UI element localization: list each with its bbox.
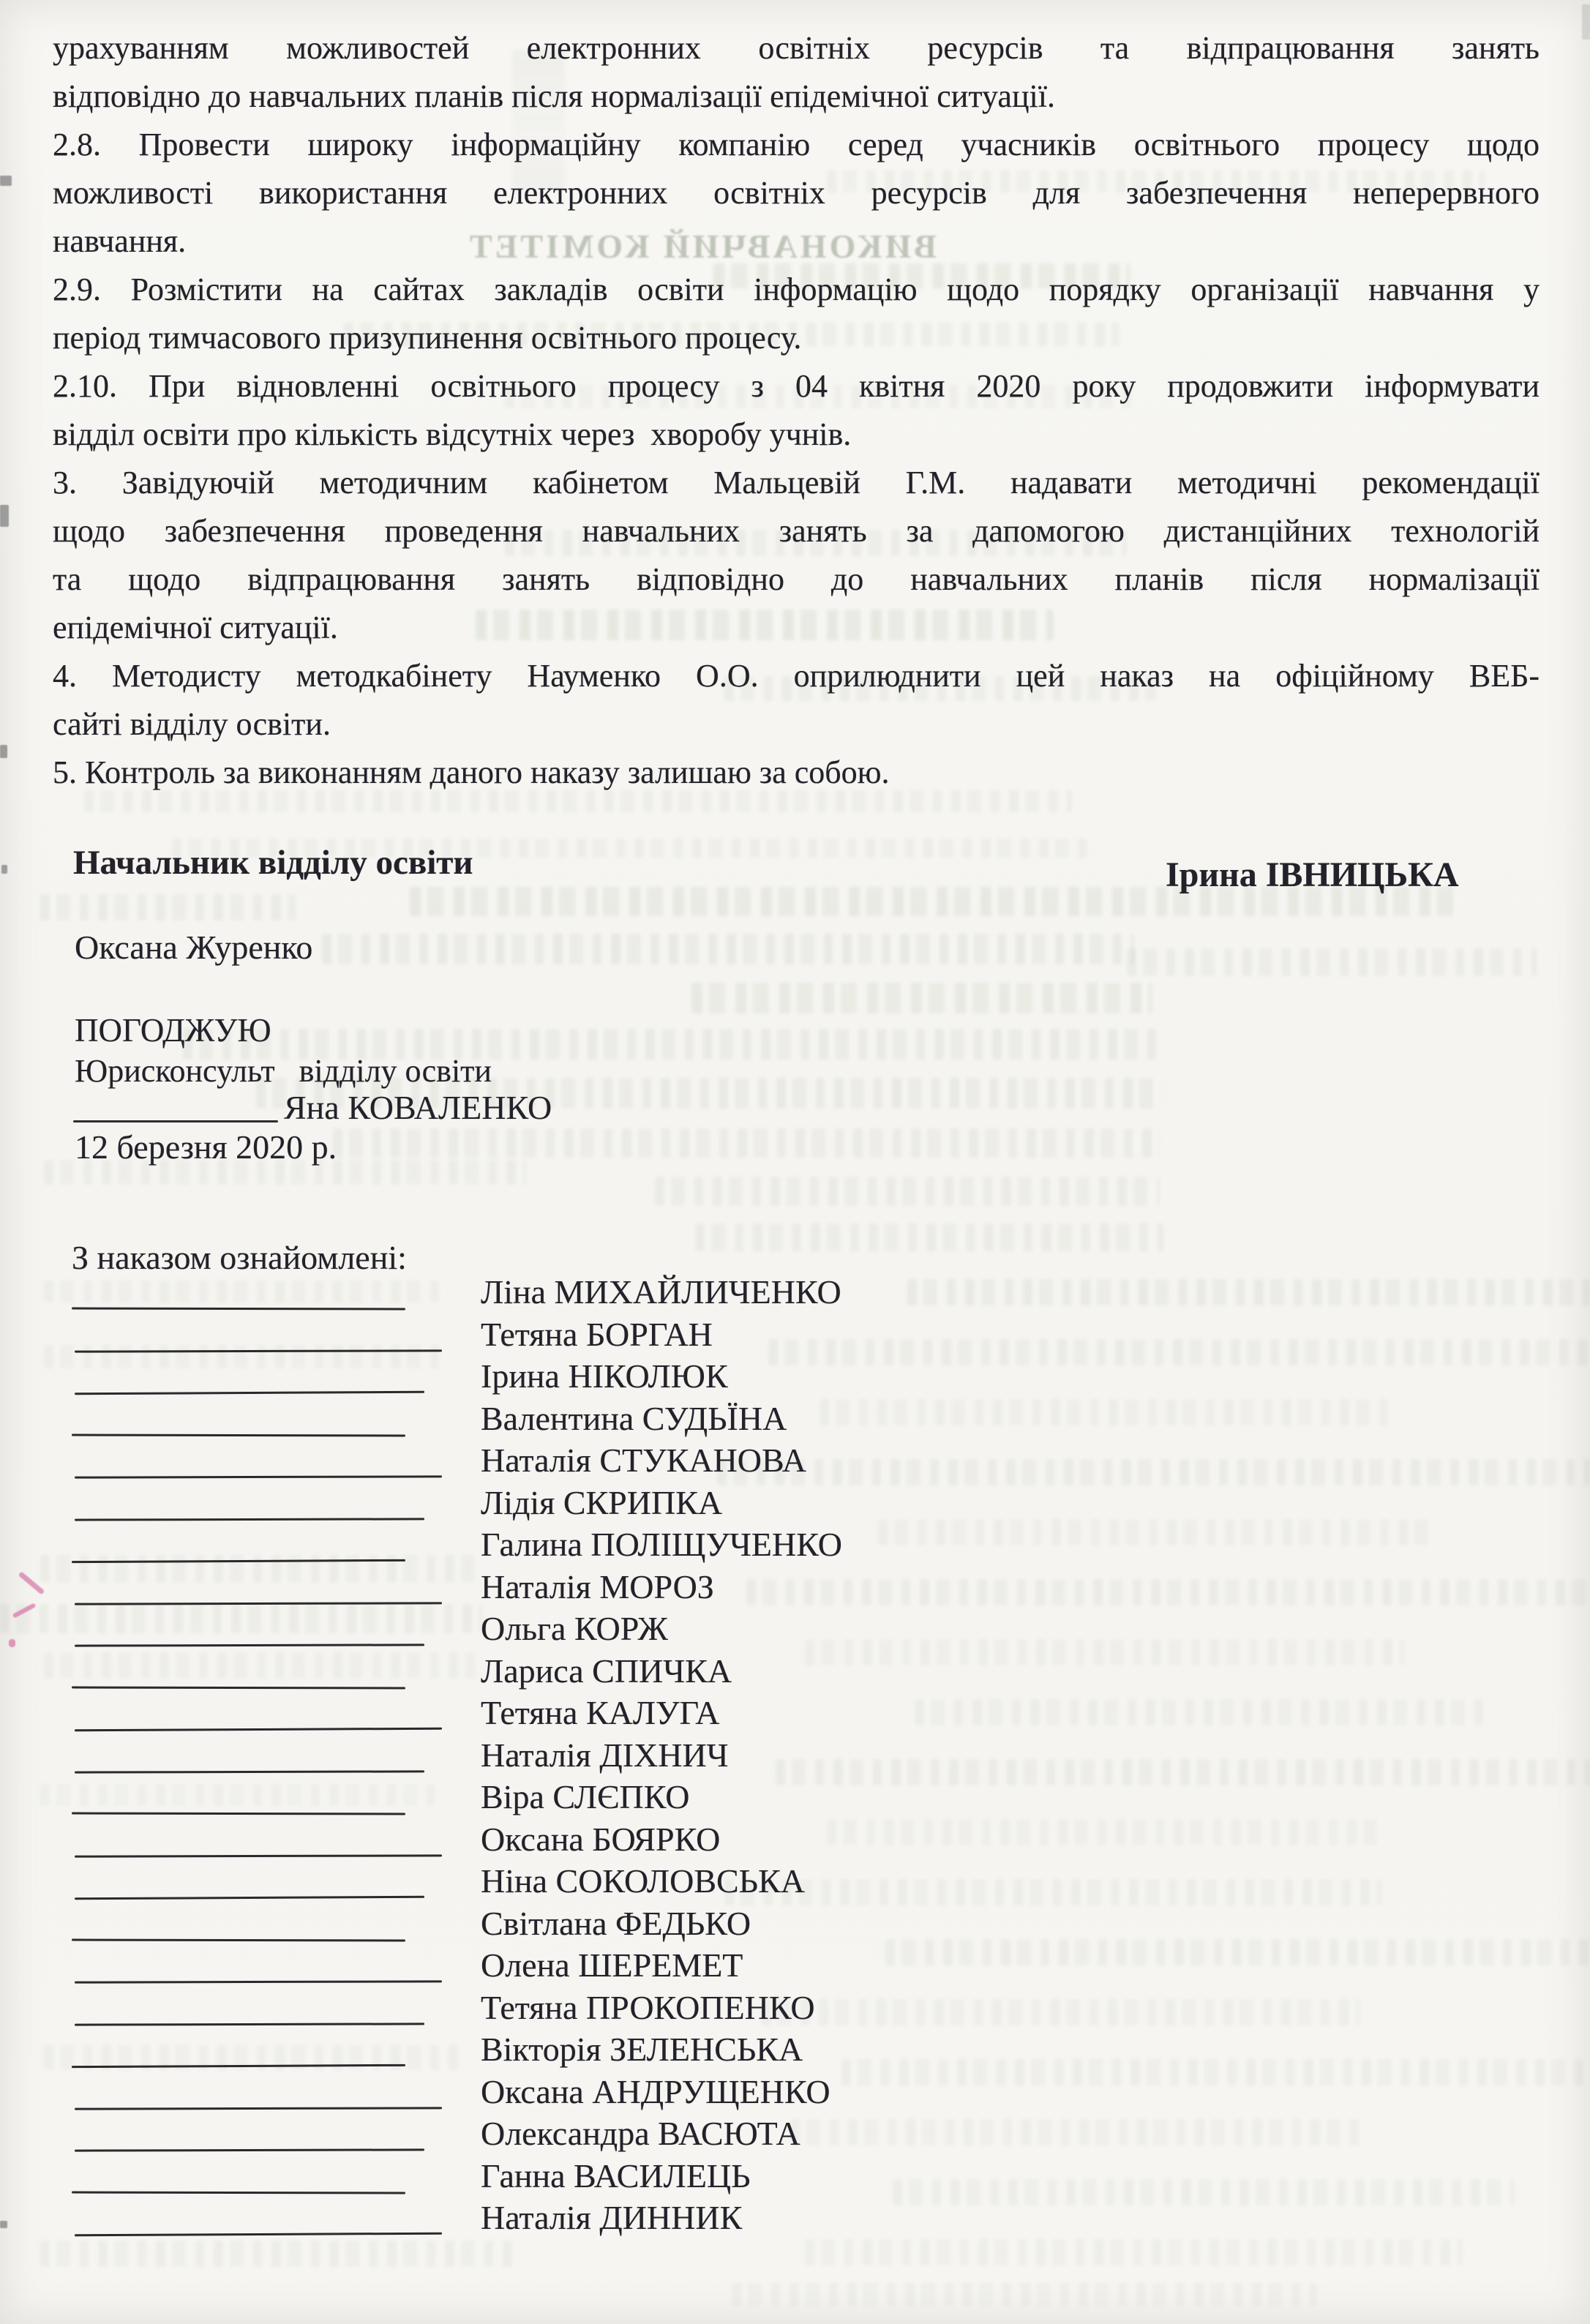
scan-edge-mark [0, 505, 9, 527]
ack-name: Ганна ВАСИЛЕЦЬ [481, 2155, 751, 2197]
signature-line [75, 1896, 424, 1900]
ack-name: Оксана АНДРУЩЕНКО [481, 2071, 830, 2113]
signature-line [75, 1349, 442, 1352]
ack-row: Лідія СКРИПКА [53, 1482, 1194, 1524]
body-line-10: 3. Завідуючій методичним кабінетом Мальц… [53, 459, 1540, 507]
ack-row: Валентина СУДЬЇНА [53, 1398, 1194, 1440]
ack-name: Віра СЛЄПКО [481, 1776, 689, 1818]
signature-line [72, 1308, 405, 1311]
body-line-6: 2.9. Розмістити на сайтах закладів освіт… [53, 266, 1540, 314]
bleedthrough-smudge [732, 2283, 1317, 2306]
ack-row: Наталія ДИННИК [53, 2197, 1194, 2239]
ack-name: Наталія МОРОЗ [481, 1566, 714, 1608]
ack-row: Олександра ВАСЮТА [53, 2113, 1194, 2155]
agreement-date: 12 березня 2020 р. [75, 1128, 337, 1166]
signature-line [72, 2191, 405, 2194]
acknowledgement-list: Ліна МИХАЙЛИЧЕНКО Тетяна БОРГАН Ірина НІ… [53, 1271, 1194, 2239]
ack-row: Віра СЛЄПКО [53, 1776, 1194, 1818]
body-line-13: епідемічної ситуації. [53, 604, 1540, 652]
signature-line [72, 1938, 405, 1941]
ack-row: Тетяна КАЛУГА [53, 1692, 1194, 1734]
body-line-11: щодо забезпечення проведення навчальних … [53, 507, 1540, 555]
scanned-document-page: ВИКОНАВЧИЙ КОМІТЕТ [0, 0, 1590, 2324]
ack-name: Лариса СПИЧКА [481, 1650, 732, 1693]
signature-line [72, 1813, 405, 1815]
scan-edge-mark [0, 745, 7, 758]
body-line-15: сайті відділу освіти. [53, 700, 1540, 749]
ack-row: Тетяна ПРОКОПЕНКО [53, 1987, 1194, 2029]
signature-line [75, 2148, 424, 2151]
signature-line [75, 1854, 442, 1857]
body-line-1: урахуванням можливостей електронних осві… [53, 24, 1540, 72]
signature-line [75, 1980, 442, 1983]
scan-edge-mark [1, 865, 7, 874]
bleedthrough-smudge [691, 983, 1152, 1013]
ack-row: Лариса СПИЧКА [53, 1650, 1194, 1693]
ack-name: Ніна СОКОЛОВСЬКА [481, 1860, 805, 1903]
agreement-label: ПОГОДЖУЮ [75, 1011, 271, 1049]
signature-line [75, 2023, 424, 2025]
body-line-14: 4. Методисту методкабінету Науменко О.О.… [53, 652, 1540, 700]
bleedthrough-smudge [40, 2241, 516, 2267]
body-line-9: відділ освіти про кількість відсутніх че… [53, 411, 1540, 459]
signature-line [75, 1475, 442, 1478]
signature-line [72, 1433, 405, 1436]
ack-name: Оксана БОЯРКО [481, 1818, 720, 1861]
ack-row: Наталія СТУКАНОВА [53, 1439, 1194, 1482]
bleedthrough-smudge [695, 1223, 1163, 1251]
bleedthrough-smudge [805, 2239, 1463, 2265]
ack-row: Галина ПОЛІЩУЧЕНКО [53, 1523, 1194, 1566]
ack-row: Ірина НІКОЛЮК [53, 1355, 1194, 1398]
bleedthrough-smudge [333, 1128, 1160, 1158]
signature-line [72, 2064, 405, 2068]
signature-line [75, 2233, 442, 2237]
ack-row: Вікторія ЗЕЛЕНСЬКА [53, 2028, 1194, 2071]
signature-line [72, 1559, 405, 1563]
ack-name: Світлана ФЕДЬКО [481, 1903, 751, 1945]
body-line-16: 5. Контроль за виконанням даного наказу … [53, 749, 1540, 797]
signature-line [72, 1686, 405, 1689]
scan-edge-mark [1582, 4, 1590, 40]
ack-row: Ганна ВАСИЛЕЦЬ [53, 2155, 1194, 2197]
ack-name: Вікторія ЗЕЛЕНСЬКА [481, 2028, 803, 2071]
ack-row: Ліна МИХАЙЛИЧЕНКО [53, 1271, 1194, 1313]
signature-line [75, 1391, 424, 1395]
ack-row: Оксана БОЯРКО [53, 1818, 1194, 1861]
body-line-5: навчання. [53, 217, 1540, 266]
bleedthrough-smudge [1127, 948, 1537, 976]
bleedthrough-smudge [655, 1177, 1160, 1206]
ack-row: Оксана АНДРУЩЕНКО [53, 2071, 1194, 2113]
bleedthrough-smudge [322, 934, 1134, 964]
ack-row: Наталія ДІХНИЧ [53, 1734, 1194, 1777]
body-line-12: та щодо відпрацювання занять відповідно … [53, 555, 1540, 604]
ack-name: Галина ПОЛІЩУЧЕНКО [481, 1523, 842, 1566]
ack-name: Ліна МИХАЙЛИЧЕНКО [481, 1271, 841, 1313]
signature-line [75, 1770, 424, 1773]
signature-line [75, 1728, 442, 1732]
ack-name: Наталія ДІХНИЧ [481, 1734, 729, 1777]
signature-line [75, 1643, 424, 1646]
scan-edge-mark [0, 176, 12, 186]
ack-name: Валентина СУДЬЇНА [481, 1398, 787, 1440]
head-of-department-name: Ірина ІВНИЦЬКА [1166, 855, 1459, 895]
signature-line [75, 2107, 442, 2110]
order-body: урахуванням можливостей електронних осві… [53, 24, 1540, 797]
legal-counsel-name: Яна КОВАЛЕНКО [284, 1088, 552, 1127]
ack-row: Тетяна БОРГАН [53, 1313, 1194, 1356]
signature-line [73, 1120, 278, 1122]
legal-counsel-position: Юрисконсульт відділу освіти [75, 1052, 492, 1090]
bleedthrough-smudge [40, 894, 296, 921]
ack-name: Наталія ДИННИК [481, 2197, 742, 2239]
head-of-department-title: Начальник відділу освіти [73, 843, 473, 882]
ack-name: Тетяна КАЛУГА [481, 1692, 719, 1734]
ack-row: Світлана ФЕДЬКО [53, 1903, 1194, 1945]
ack-row: Наталія МОРОЗ [53, 1566, 1194, 1608]
prepared-by-name: Оксана Журенко [75, 928, 312, 967]
ack-row: Олена ШЕРЕМЕТ [53, 1944, 1194, 1987]
ack-name: Тетяна БОРГАН [481, 1313, 713, 1356]
ack-name: Тетяна ПРОКОПЕНКО [481, 1987, 815, 2029]
ack-name: Наталія СТУКАНОВА [481, 1439, 806, 1482]
ack-name: Олена ШЕРЕМЕТ [481, 1944, 743, 1987]
ack-name: Олександра ВАСЮТА [481, 2113, 800, 2155]
ack-name: Ірина НІКОЛЮК [481, 1355, 728, 1398]
ack-row: Ольга КОРЖ [53, 1608, 1194, 1650]
signature-line [75, 1518, 424, 1521]
body-line-2: відповідно до навчальних планів після но… [53, 72, 1540, 121]
body-line-3: 2.8. Провести широку інформаційну компан… [53, 121, 1540, 169]
scan-edge-mark [0, 2221, 7, 2228]
body-line-8: 2.10. При відновленні освітнього процесу… [53, 362, 1540, 411]
ack-row: Ніна СОКОЛОВСЬКА [53, 1860, 1194, 1903]
signature-line [75, 1602, 442, 1605]
body-line-4: можливості використання електронних осві… [53, 169, 1540, 217]
ack-name: Лідія СКРИПКА [481, 1482, 722, 1524]
body-line-7: період тимчасового призупинення освітньо… [53, 314, 1540, 362]
pink-pen-mark [9, 1639, 15, 1647]
ack-name: Ольга КОРЖ [481, 1608, 668, 1650]
